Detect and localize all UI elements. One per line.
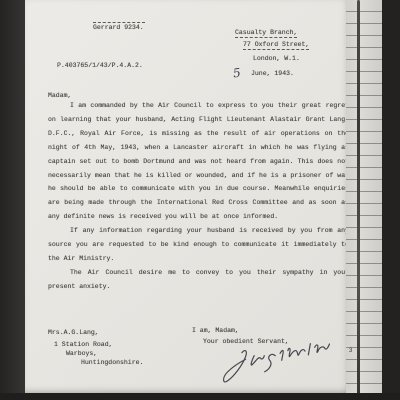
telephone-number: Gerrard 9234. xyxy=(93,24,144,31)
sender-address-line3: London, W.1. xyxy=(253,55,300,62)
measuring-scale-strip xyxy=(346,0,382,400)
photo-background-bottom xyxy=(0,393,400,400)
sender-address-line2: 77 Oxford Street, xyxy=(243,41,309,48)
handwritten-signature xyxy=(213,342,333,386)
paragraph-missing-notification: I am commanded by the Air Council to exp… xyxy=(48,99,349,224)
handwritten-date-day: 5 xyxy=(232,66,242,81)
recipient-address-line1: Mrs.A.G.Lang, xyxy=(48,329,99,336)
photo-background-right xyxy=(382,0,400,400)
telephone-overline-dashes xyxy=(93,22,145,23)
letter-paper: Gerrard 9234. Casualty Branch, 77 Oxford… xyxy=(25,0,350,393)
letter-body: I am commanded by the Air Council to exp… xyxy=(48,99,349,294)
recipient-address-line4: Huntingdonshire. xyxy=(81,359,143,366)
paper-edge-shadow xyxy=(357,0,360,400)
closing-line1: I am, Madam, xyxy=(192,327,239,334)
salutation: Madam, xyxy=(48,92,71,99)
reference-number: P.403765/1/43/P.4.A.2. xyxy=(57,62,143,69)
sender-address-line1: Casualty Branch, xyxy=(235,29,297,36)
photographed-letter: Gerrard 9234. Casualty Branch, 77 Oxford… xyxy=(0,0,400,400)
recipient-address-line3: Warboys, xyxy=(66,350,97,357)
photo-background-left xyxy=(0,0,25,400)
recipient-address-line2: 1 Station Road, xyxy=(54,341,113,348)
scale-number: 3 xyxy=(349,348,352,354)
paragraph-sympathy: The Air Council desire me to convey to y… xyxy=(48,266,349,294)
typed-date: June, 1943. xyxy=(251,70,294,77)
paragraph-request-information: If any information regarding your husban… xyxy=(48,224,349,266)
